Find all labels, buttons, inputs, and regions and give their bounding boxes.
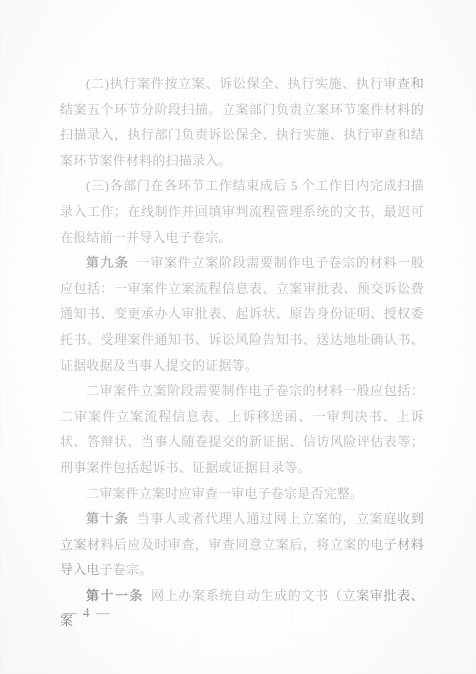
paragraph-article-9-second-instance: 二审案件立案阶段需要制作电子卷宗的材料一般应包括：二审案件立案流程信息表、上诉移…: [60, 378, 424, 480]
scanned-document-page: (二)执行案件按立案、诉讼保全、执行实施、执行审查和结案五个环节分阶段扫描。立案…: [0, 0, 476, 674]
paragraph-article-9-review: 二审案件立案时应审查一审电子卷宗是否完整。: [60, 481, 424, 507]
paragraph-text: 二审案件立案阶段需要制作电子卷宗的材料一般应包括：二审案件立案流程信息表、上诉移…: [60, 383, 424, 475]
paragraph-text: 一审案件立案阶段需要制作电子卷宗的材料一般应包括：一审案件立案流程信息表、立案审…: [60, 255, 424, 372]
paragraph-article-10: 第十条当事人或者代理人通过网上立案的，立案庭收到立案材料后应及时审查，审查同意立…: [60, 506, 424, 583]
article-number: 第十条: [86, 511, 130, 526]
page-number: — 4 —: [63, 602, 111, 624]
paragraph-text: (三)各部门在各环节工作结束成后 5 个工作日内完成扫描录入工作；在线制作并回填…: [60, 178, 424, 244]
paragraph-text: 二审案件立案时应审查一审电子卷宗是否完整。: [86, 486, 363, 501]
paragraph-article-9: 第九条一审案件立案阶段需要制作电子卷宗的材料一般应包括：一审案件立案流程信息表、…: [60, 250, 424, 378]
document-body: (二)执行案件按立案、诉讼保全、执行实施、执行审查和结案五个环节分阶段扫描。立案…: [60, 71, 424, 634]
paragraph-text: (二)执行案件按立案、诉讼保全、执行实施、执行审查和结案五个环节分阶段扫描。立案…: [60, 76, 424, 168]
article-number: 第十一条: [86, 588, 144, 603]
paragraph-article-11: 第十一条网上办案系统自动生成的文书（立案审批表、案: [60, 583, 424, 634]
paragraph-item-2: (二)执行案件按立案、诉讼保全、执行实施、执行审查和结案五个环节分阶段扫描。立案…: [60, 71, 424, 173]
paragraph-item-3: (三)各部门在各环节工作结束成后 5 个工作日内完成扫描录入工作；在线制作并回填…: [60, 173, 424, 250]
article-number: 第九条: [86, 255, 130, 270]
